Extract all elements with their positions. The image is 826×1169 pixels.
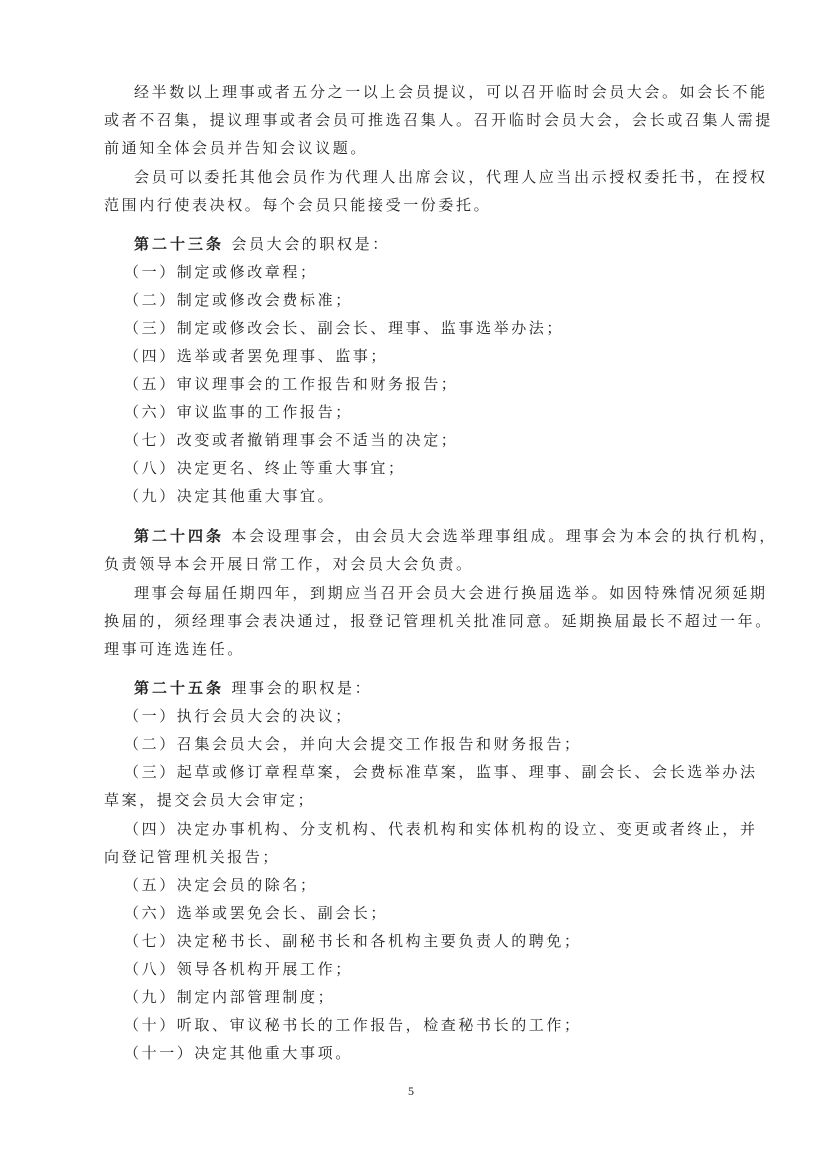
paragraph-line: 经半数以上理事或者五分之一以上会员提议，可以召开临时会员大会。如会长不能 [134, 82, 768, 102]
paragraph-line: 前通知全体会员并告知会议议题。 [104, 138, 368, 158]
list-item: （六）审议监事的工作报告； [124, 402, 353, 422]
list-item: （八）决定更名、终止等重大事宜； [124, 458, 406, 478]
article-23-heading: 第二十三条 [134, 235, 224, 253]
article-25-intro: 理事会的职权是： [231, 679, 372, 697]
list-item: （五）决定会员的除名； [124, 875, 318, 895]
article-25-heading-line: 第二十五条 理事会的职权是： [134, 678, 372, 698]
paragraph-line: 理事可连选连任。 [104, 639, 245, 659]
list-item: （二）制定或修改会费标准； [124, 290, 353, 310]
list-item: （八）领导各机构开展工作； [124, 959, 353, 979]
paragraph-line: 理事会每届任期四年，到期应当召开会员大会进行换届选举。如因特殊情况须延期 [134, 583, 768, 603]
page-number: 5 [408, 1084, 414, 1099]
article-24-text: 本会设理事会，由会员大会选举理事组成。理事会为本会的执行机构， [231, 527, 777, 545]
article-24-heading-line: 第二十四条 本会设理事会，由会员大会选举理事组成。理事会为本会的执行机构， [134, 526, 777, 546]
list-item: （三）制定或修改会长、副会长、理事、监事选举办法； [124, 318, 564, 338]
list-item: （十）听取、审议秘书长的工作报告，检查秘书长的工作； [124, 1015, 582, 1035]
list-item: （六）选举或罢免会长、副会长； [124, 903, 388, 923]
list-item: （四）选举或者罢免理事、监事； [124, 346, 388, 366]
paragraph-line: 会员可以委托其他会员作为代理人出席会议，代理人应当出示授权委托书，在授权 [134, 167, 768, 187]
list-item-continuation: 向登记管理机关报告； [104, 847, 280, 867]
article-23-heading-line: 第二十三条 会员大会的职权是： [134, 234, 390, 254]
article-25-heading: 第二十五条 [134, 679, 224, 697]
article-24-heading: 第二十四条 [134, 527, 224, 545]
list-item: （四）决定办事机构、分支机构、代表机构和实体机构的设立、变更或者终止，并 [124, 819, 758, 839]
list-item: （九）制定内部管理制度； [124, 987, 335, 1007]
list-item: （一）执行会员大会的决议； [124, 706, 353, 726]
paragraph-line: 范围内行使表决权。每个会员只能接受一份委托。 [104, 195, 491, 215]
paragraph-line: 负责领导本会开展日常工作，对会员大会负责。 [104, 554, 474, 574]
list-item: （七）决定秘书长、副秘书长和各机构主要负责人的聘免； [124, 931, 582, 951]
list-item-continuation: 草案，提交会员大会审定； [104, 790, 315, 810]
list-item: （二）召集会员大会，并向大会提交工作报告和财务报告； [124, 734, 582, 754]
article-23-intro: 会员大会的职权是： [231, 235, 389, 253]
list-item: （九）决定其他重大事宜。 [124, 486, 335, 506]
paragraph-line: 换届的，须经理事会表决通过，报登记管理机关批准同意。延期换届最长不超过一年。 [104, 611, 773, 631]
list-item: （七）改变或者撤销理事会不适当的决定； [124, 430, 458, 450]
list-item: （五）审议理事会的工作报告和财务报告； [124, 374, 458, 394]
list-item: （十一）决定其他重大事项。 [124, 1043, 353, 1063]
paragraph-line: 或者不召集，提议理事或者会员可推选召集人。召开临时会员大会，会长或召集人需提 [104, 110, 773, 130]
list-item: （三）起草或修订章程草案，会费标准草案，监事、理事、副会长、会长选举办法 [124, 762, 758, 782]
list-item: （一）制定或修改章程； [124, 262, 318, 282]
